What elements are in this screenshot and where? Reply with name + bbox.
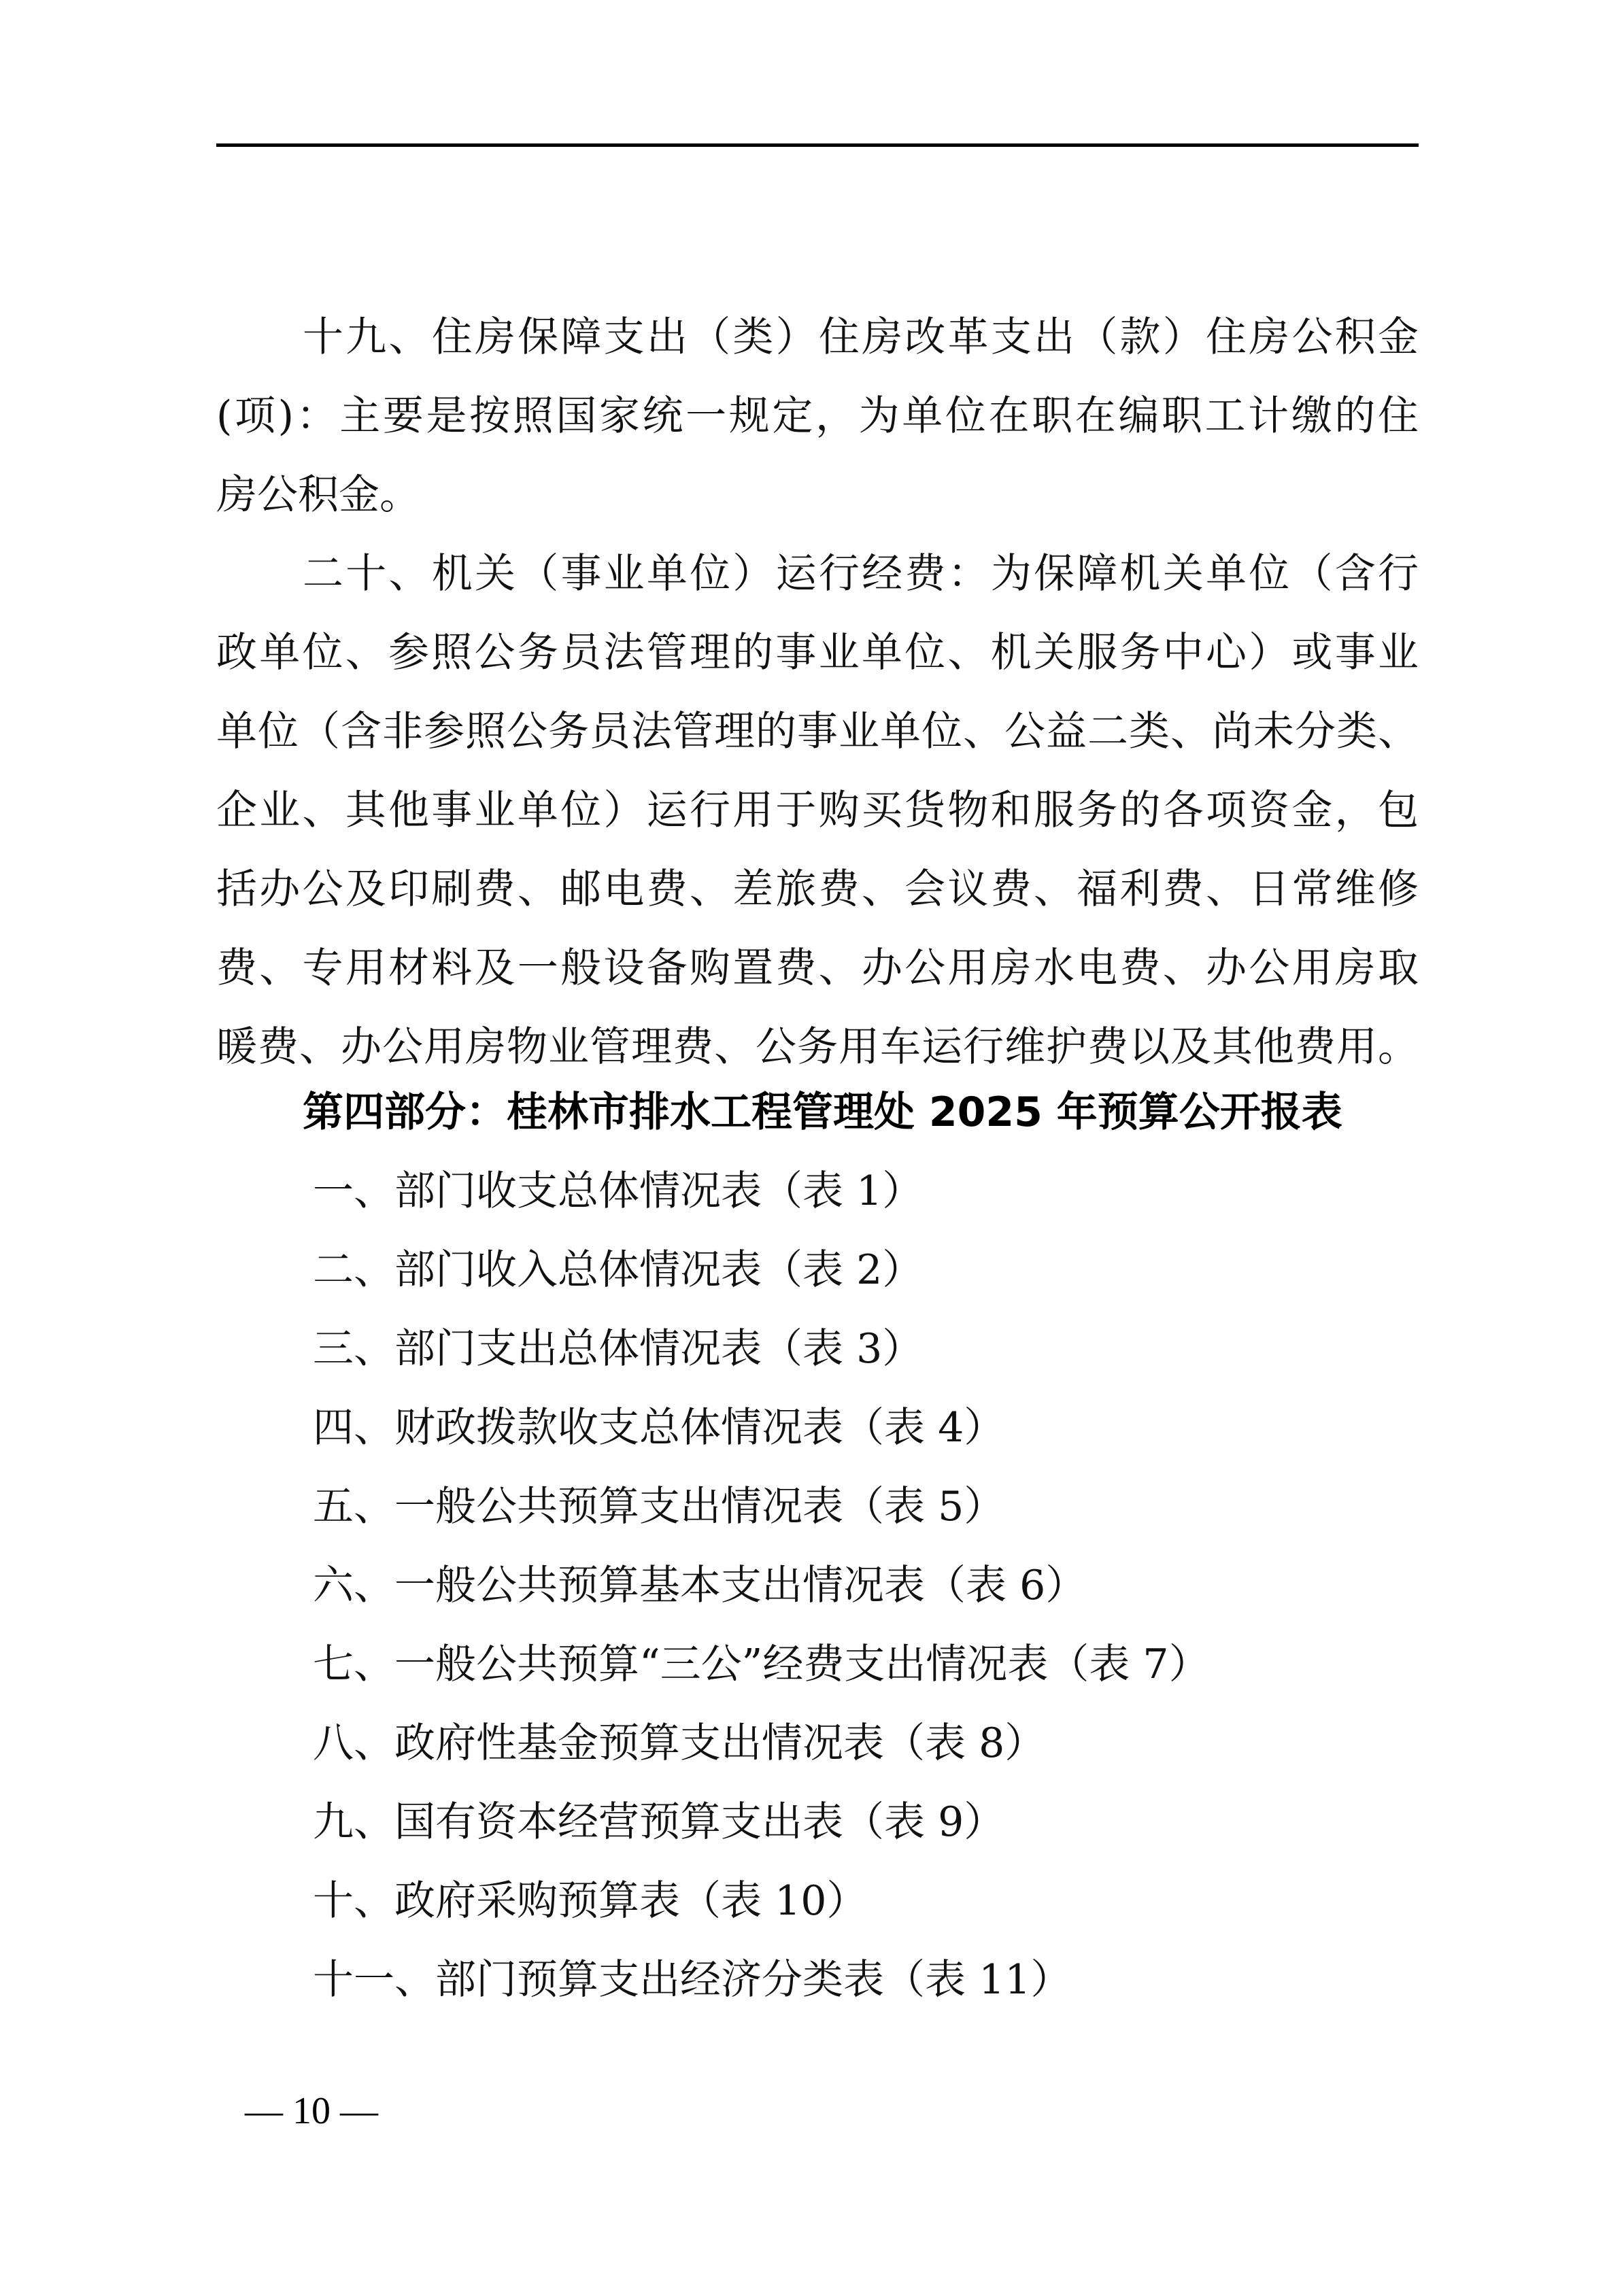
paragraph-20-line-4: 企业、其他事业单位）运行用于购买货物和服务的各项资金，包	[216, 771, 1419, 850]
report-list-item-6: 六、一般公共预算基本支出情况表（表 6）	[313, 1546, 1086, 1625]
report-list-item-4: 四、财政拨款收支总体情况表（表 4）	[313, 1388, 1004, 1467]
report-list-item-10: 十、政府采购预算表（表 10）	[313, 1862, 867, 1940]
paragraph-20-line-1: 二十、机关（事业单位）运行经费：为保障机关单位（含行	[303, 534, 1419, 613]
paragraph-20-line-2: 政单位、参照公务员法管理的事业单位、机关服务中心）或事业	[216, 613, 1419, 692]
section-heading: 第四部分：桂林市排水工程管理处 2025 年预算公开报表	[303, 1073, 1419, 1152]
paragraph-19-line-1: 十九、住房保障支出（类）住房改革支出（款）住房公积金	[303, 298, 1419, 377]
paragraph-20-line-6: 费、专用材料及一般设备购置费、办公用房水电费、办公用房取	[216, 929, 1419, 1008]
report-list-item-7: 七、一般公共预算“三公”经费支出情况表（表 7）	[313, 1625, 1210, 1704]
page-number: — 10 —	[245, 2080, 378, 2142]
header-rule	[216, 143, 1419, 147]
report-list-item-11: 十一、部门预算支出经济分类表（表 11）	[313, 1940, 1071, 2019]
report-list-item-1: 一、部门收支总体情况表（表 1）	[313, 1152, 923, 1231]
report-list-item-8: 八、政府性基金预算支出情况表（表 8）	[313, 1704, 1045, 1783]
document-page: 十九、住房保障支出（类）住房改革支出（款）住房公积金 (项)：主要是按照国家统一…	[0, 0, 1624, 2296]
paragraph-19-line-2: (项)：主要是按照国家统一规定，为单位在职在编职工计缴的住	[216, 377, 1419, 456]
paragraph-20-line-5: 括办公及印刷费、邮电费、差旅费、会议费、福利费、日常维修	[216, 850, 1419, 929]
paragraph-20-line-3: 单位（含非参照公务员法管理的事业单位、公益二类、尚未分类、	[216, 692, 1419, 771]
paragraph-19-line-3: 房公积金。	[216, 456, 1419, 534]
report-list-item-9: 九、国有资本经营预算支出表（表 9）	[313, 1783, 1004, 1862]
report-list-item-3: 三、部门支出总体情况表（表 3）	[313, 1309, 923, 1388]
report-list-item-5: 五、一般公共预算支出情况表（表 5）	[313, 1467, 1004, 1546]
report-list-item-2: 二、部门收入总体情况表（表 2）	[313, 1231, 923, 1309]
